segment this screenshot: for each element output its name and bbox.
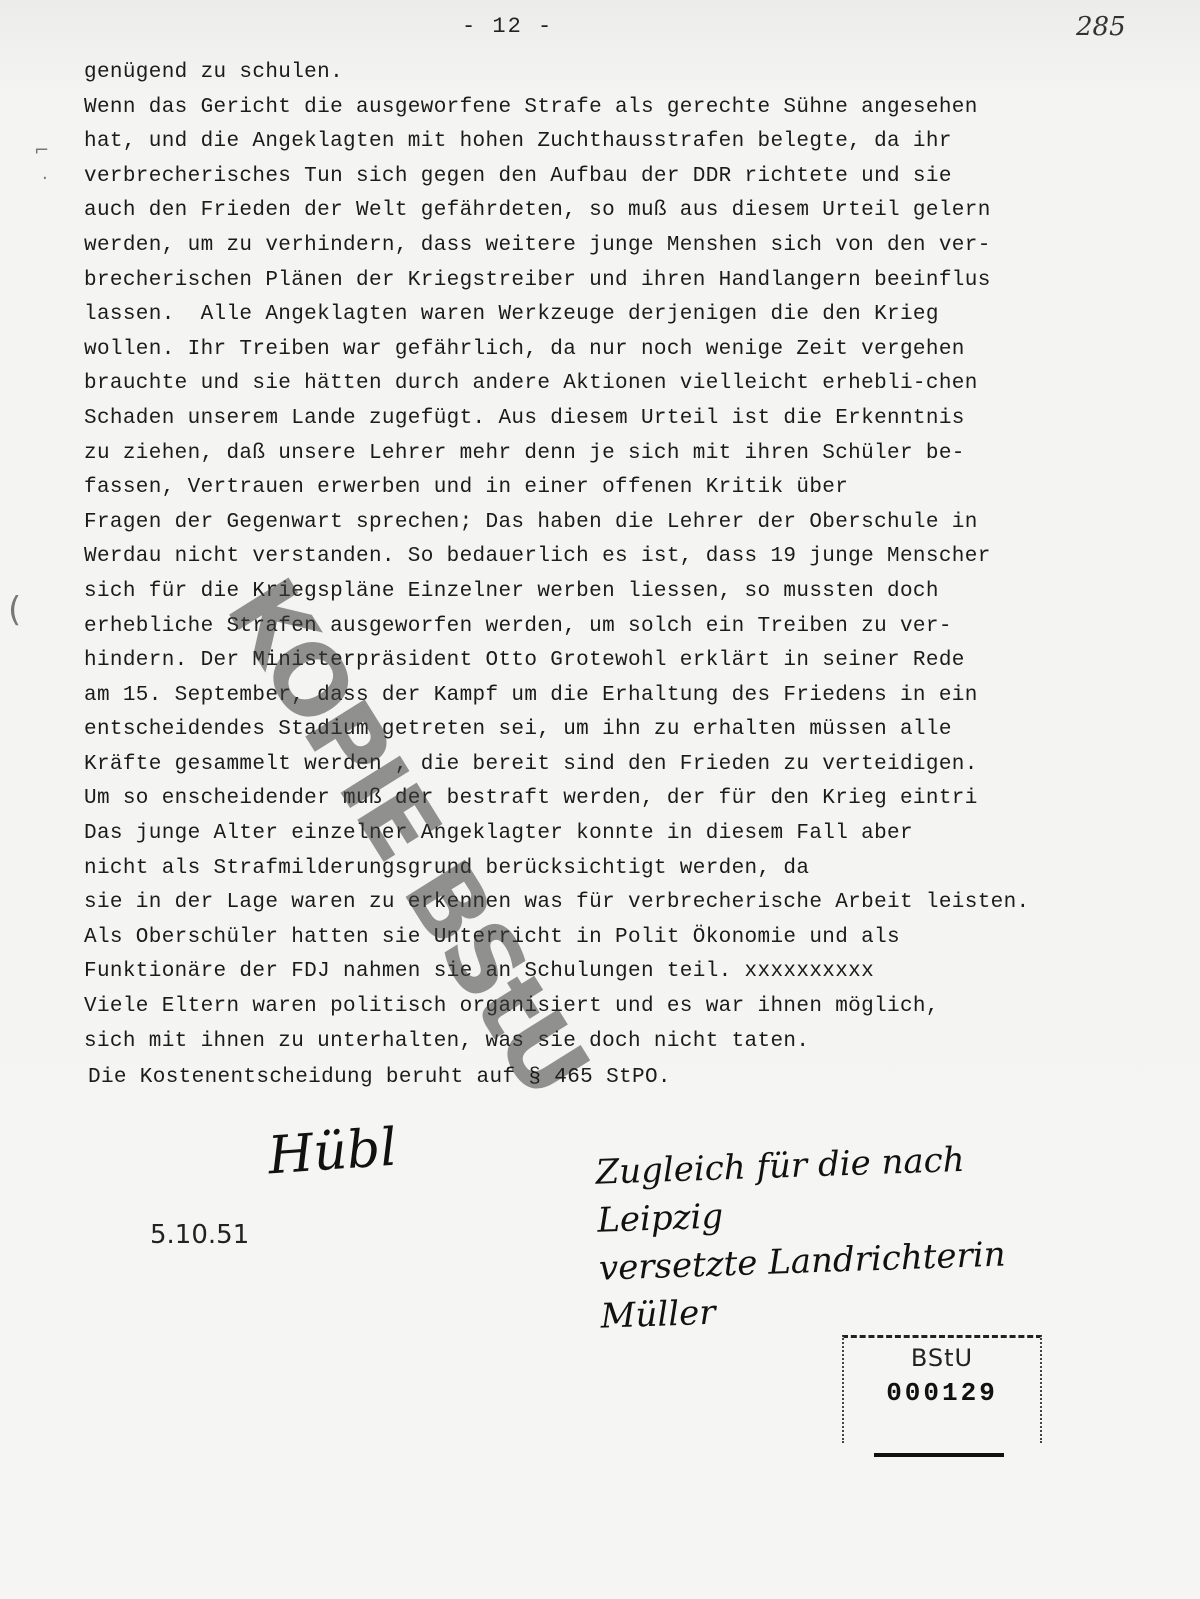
text-line: zu ziehen, daß unsere Lehrer mehr denn j… [84, 437, 1114, 472]
text-line: Werdau nicht verstanden. So bedauerlich … [84, 540, 1114, 575]
text-line: Als Oberschüler hatten sie Unterricht in… [84, 921, 1114, 956]
text-line: entscheidendes Stadium getreten sei, um … [84, 713, 1114, 748]
document-page: - 12 - 285 ⌐ · ( genügend zu schulen.Wen… [0, 0, 1200, 1599]
margin-mark: ⌐ [34, 140, 49, 161]
text-line: Wenn das Gericht die ausgeworfene Strafe… [84, 91, 1114, 126]
handwritten-note: Zugleich für die nach Leipzig versetzte … [595, 1131, 1101, 1340]
text-line: brecherischen Plänen der Kriegstreiber u… [84, 264, 1114, 299]
stamp-number: 000129 [844, 1378, 1040, 1408]
handwritten-note-line: Zugleich für die nach Leipzig [595, 1131, 1098, 1244]
text-line: Um so enscheidender muß der bestraft wer… [84, 782, 1114, 817]
text-line: Fragen der Gegenwart sprechen; Das haben… [84, 506, 1114, 541]
stamp-label: BStU [844, 1344, 1040, 1372]
margin-mark: · [42, 168, 48, 189]
text-line: hat, und die Angeklagten mit hohen Zucht… [84, 125, 1114, 160]
text-line: Schaden unserem Lande zugefügt. Aus dies… [84, 402, 1114, 437]
text-line: auch den Frieden der Welt gefährdeten, s… [84, 194, 1114, 229]
text-line: Funktionäre der FDJ nahmen sie an Schulu… [84, 955, 1114, 990]
text-line: werden, um zu verhindern, dass weitere j… [84, 229, 1114, 264]
text-line: wollen. Ihr Treiben war gefährlich, da n… [84, 333, 1114, 368]
text-line: brauchte und sie hätten durch andere Akt… [84, 367, 1114, 402]
text-line: verbrecherisches Tun sich gegen den Aufb… [84, 160, 1114, 195]
stamp-bar [874, 1453, 1004, 1457]
body-text: genügend zu schulen.Wenn das Gericht die… [84, 56, 1114, 1059]
judge-signature: Hübl [266, 1118, 399, 1187]
text-line: lassen. Alle Angeklagten waren Werkzeuge… [84, 298, 1114, 333]
handwritten-note-line: versetzte Landrichterin Müller [598, 1227, 1101, 1340]
page-number: - 12 - [462, 14, 553, 39]
archive-stamp: BStU 000129 [842, 1335, 1042, 1443]
text-line: am 15. September, dass der Kampf um die … [84, 679, 1114, 714]
text-line: nicht als Strafmilderungsgrund berücksic… [84, 852, 1114, 887]
signature-date: 5.10.51 [150, 1220, 249, 1250]
folio-number: 285 [1076, 12, 1126, 42]
text-line: sie in der Lage waren zu erkennen was fü… [84, 886, 1114, 921]
text-line: fassen, Vertrauen erwerben und in einer … [84, 471, 1114, 506]
text-line: Viele Eltern waren politisch organisiert… [84, 990, 1114, 1025]
text-line: genügend zu schulen. [84, 56, 1114, 91]
text-line: Kräfte gesammelt werden , die bereit sin… [84, 748, 1114, 783]
margin-mark: ( [8, 590, 21, 630]
cost-decision-line: Die Kostenentscheidung beruht auf § 465 … [88, 1066, 671, 1089]
text-line: Das junge Alter einzelner Angeklagter ko… [84, 817, 1114, 852]
